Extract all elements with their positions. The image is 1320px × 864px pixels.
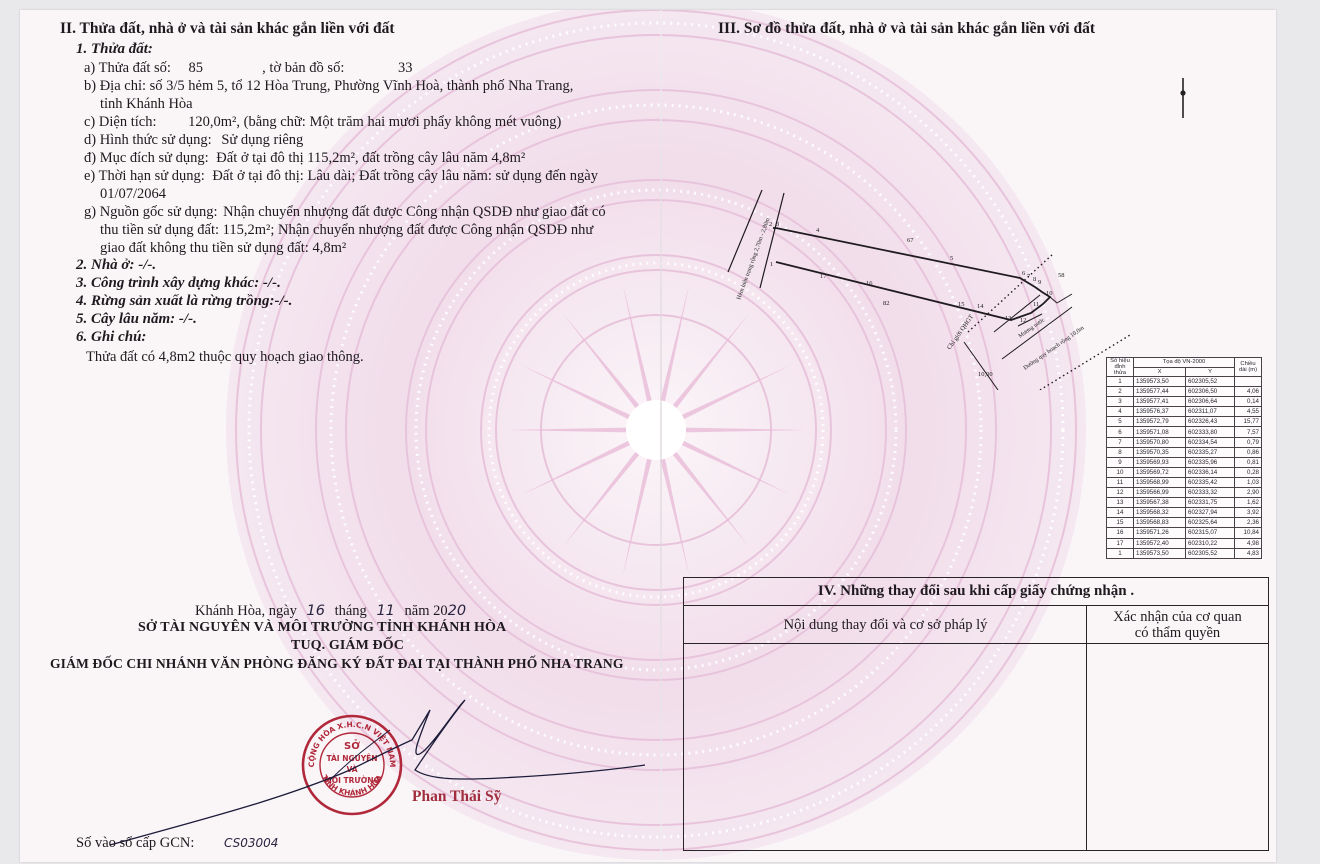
svg-text:67: 67 xyxy=(907,237,914,244)
changes-confirmation-header: Xác nhận của cơ quancó thẩm quyền xyxy=(1087,606,1268,644)
page-fold xyxy=(660,10,662,862)
svg-text:58: 58 xyxy=(1058,272,1065,279)
coordinate-row: 41359576,37602311,074,55 xyxy=(1107,407,1262,417)
year-handwritten: 20 xyxy=(448,603,466,619)
svg-text:12: 12 xyxy=(1020,317,1027,324)
col-y: Y xyxy=(1186,367,1235,377)
svg-text:11: 11 xyxy=(1033,301,1039,308)
signer-position: GIÁM ĐỐC CHI NHÁNH VĂN PHÒNG ĐĂNG KÝ ĐẤT… xyxy=(50,656,624,672)
svg-text:1: 1 xyxy=(770,261,773,268)
other-construction-item: 3. Công trình xây dựng khác: -/-. xyxy=(76,275,281,292)
svg-text:MÔI TRƯỜNG: MÔI TRƯỜNG xyxy=(324,776,379,785)
svg-text:5: 5 xyxy=(950,255,953,262)
col-point: Số hiệu đỉnh thửa xyxy=(1107,358,1134,377)
svg-text:4: 4 xyxy=(816,227,820,234)
use-form-row: d) Hình thức sử dụng: Sử dụng riêng xyxy=(84,131,303,149)
svg-text:6: 6 xyxy=(1022,270,1026,277)
place-date: Khánh Hòa, ngày 16 tháng 11 năm 2020 xyxy=(195,602,466,620)
svg-text:13: 13 xyxy=(1005,315,1012,322)
agency-name: SỞ TÀI NGUYÊN VÀ MÔI TRƯỜNG TỈNH KHÁNH H… xyxy=(138,620,506,636)
svg-text:SỞ: SỞ xyxy=(344,738,360,752)
svg-text:82: 82 xyxy=(883,300,890,307)
coordinate-row: 81359570,35602335,270,86 xyxy=(1107,447,1262,457)
perennial-trees-item: 5. Cây lâu năm: -/-. xyxy=(76,311,197,328)
changes-confirmation-column: Xác nhận của cơ quancó thẩm quyền xyxy=(1087,606,1268,850)
changes-table: IV. Những thay đổi sau khi cấp giấy chứn… xyxy=(683,577,1269,851)
col-length: Chiều dài (m) xyxy=(1235,358,1262,377)
purpose-value: Đất ở tại đô thị 115,2m², đất trồng cây … xyxy=(216,150,525,166)
svg-text:9: 9 xyxy=(1038,279,1041,286)
svg-text:10,00: 10,00 xyxy=(978,371,993,378)
parcel-sketch: 1234567891011121314151617Hẻm hiện trạng … xyxy=(720,160,1130,390)
on-behalf-label: TUQ. GIÁM ĐỐC xyxy=(291,638,404,654)
registry-number: CS03004 xyxy=(224,836,278,850)
area-value: 120,0m², (bằng chữ: Một trăm hai mươi ph… xyxy=(188,114,561,130)
col-system: Tọa độ VN-2000 xyxy=(1134,358,1235,368)
changes-content-header: Nội dung thay đổi và cơ sở pháp lý xyxy=(684,606,1087,644)
svg-text:15: 15 xyxy=(958,301,965,308)
signer-name: Phan Thái Sỹ xyxy=(412,788,501,806)
notes-heading: 6. Ghi chú: xyxy=(76,329,146,346)
changes-content-column: Nội dung thay đổi và cơ sở pháp lý xyxy=(684,606,1087,850)
parcel-number-row: a) Thửa đất số: 85 , tờ bản đồ số: 33 xyxy=(84,59,412,77)
coordinate-row: 161359571,26602315,0710,84 xyxy=(1107,528,1262,538)
term-value-line-2: 01/07/2064 xyxy=(100,185,166,203)
svg-text:8: 8 xyxy=(1033,276,1036,283)
coordinate-row: 131359567,38602331,751,62 xyxy=(1107,498,1262,508)
origin-row: g) Nguồn gốc sử dụng: Nhận chuyển nhượng… xyxy=(84,203,606,221)
area-row: c) Diện tích: 120,0m², (bằng chữ: Một tr… xyxy=(84,113,561,131)
registry-row: Số vào sổ cấp GCN: CS03004 xyxy=(76,834,278,852)
address-value: số 3/5 hẻm 5, tổ 12 Hòa Trung, Phường Vĩ… xyxy=(150,78,574,94)
map-sheet-number: 33 xyxy=(398,59,413,77)
notes-text: Thửa đất có 4,8m2 thuộc quy hoạch giao t… xyxy=(86,348,364,366)
coordinate-table: Số hiệu đỉnh thửa Tọa độ VN-2000 Chiều d… xyxy=(1106,357,1262,559)
coordinate-row: 11359573,50602305,52 xyxy=(1107,377,1262,387)
term-row: e) Thời hạn sử dụng: Đất ở tại đô thị: L… xyxy=(84,167,598,185)
svg-text:Đường quy hoạch rộng 10,0m: Đường quy hoạch rộng 10,0m xyxy=(1023,325,1086,372)
address-line-2: tỉnh Khánh Hòa xyxy=(100,95,193,113)
coordinate-row: 171359572,40602310,224,98 xyxy=(1107,538,1262,548)
certificate-page: II. Thửa đất, nhà ở và tài sản khác gắn … xyxy=(20,10,1276,862)
coordinate-row: 31359577,41602306,640,14 xyxy=(1107,397,1262,407)
production-forest-item: 4. Rừng sản xuất là rừng trồng:-/-. xyxy=(76,293,292,310)
svg-text:7: 7 xyxy=(1027,273,1031,280)
month-handwritten: 11 xyxy=(376,603,394,619)
official-stamp: CỘNG HÒA X.H.C.N VIỆT NAM TỈNH KHÁNH HÒA… xyxy=(300,713,404,817)
col-x: X xyxy=(1134,367,1186,377)
coordinate-row: 111359568,99602335,421,03 xyxy=(1107,477,1262,487)
svg-text:14: 14 xyxy=(977,303,984,310)
svg-text:3: 3 xyxy=(776,221,779,228)
coordinate-row: 71359570,80602334,540,79 xyxy=(1107,437,1262,447)
coordinate-row: 101359569,72602336,140,28 xyxy=(1107,467,1262,477)
land-heading: 1. Thửa đất: xyxy=(76,41,153,58)
svg-text:17: 17 xyxy=(820,273,827,280)
coordinate-row: 151359568,83602325,642,36 xyxy=(1107,518,1262,528)
origin-value: Nhận chuyển nhượng đất được Công nhận QS… xyxy=(223,204,605,220)
use-form-value: Sử dụng riêng xyxy=(221,132,303,148)
origin-line-3: giao đất không thu tiền sử dụng đất: 4,8… xyxy=(100,239,346,257)
term-value: Đất ở tại đô thị: Lâu dài; Đất trồng cây… xyxy=(212,168,598,184)
section-4-title: IV. Những thay đổi sau khi cấp giấy chứn… xyxy=(684,578,1268,606)
coordinate-row: 21359577,44602306,504,06 xyxy=(1107,387,1262,397)
svg-text:10: 10 xyxy=(1046,290,1053,297)
svg-text:Hẻm hiện trạng rộng 2,70m - 2,: Hẻm hiện trạng rộng 2,70m - 2,80m xyxy=(736,217,771,301)
day-handwritten: 16 xyxy=(307,603,325,619)
address-row: b) Địa chỉ: số 3/5 hẻm 5, tổ 12 Hòa Trun… xyxy=(84,77,573,95)
purpose-row: đ) Mục đích sử dụng: Đất ở tại đô thị 11… xyxy=(84,149,525,167)
coordinate-row: 11359573,50602305,524,83 xyxy=(1107,548,1262,558)
section-3-title: III. Sơ đồ thửa đất, nhà ở và tài sản kh… xyxy=(718,20,1095,38)
coordinate-row: 51359572,79602326,4315,77 xyxy=(1107,417,1262,427)
svg-text:Chỉ giới QHGT: Chỉ giới QHGT xyxy=(946,314,975,352)
parcel-number: 85 xyxy=(189,59,259,77)
north-arrow-icon xyxy=(1176,78,1190,118)
coordinate-row: 121359566,99602333,322,90 xyxy=(1107,488,1262,498)
house-item: 2. Nhà ở: -/-. xyxy=(76,257,156,274)
svg-text:16: 16 xyxy=(866,280,873,287)
svg-text:TÀI NGUYÊN: TÀI NGUYÊN xyxy=(326,754,377,763)
origin-line-2: thu tiền sử dụng đất: 115,2m²; Nhận chuy… xyxy=(100,221,593,239)
coordinate-row: 61359571,08602333,807,57 xyxy=(1107,427,1262,437)
section-2-title: II. Thửa đất, nhà ở và tài sản khác gắn … xyxy=(60,20,395,38)
coordinate-row: 141359568,32602327,943,92 xyxy=(1107,508,1262,518)
svg-text:VÀ: VÀ xyxy=(346,765,357,774)
coordinate-row: 91359569,93602335,960,81 xyxy=(1107,457,1262,467)
